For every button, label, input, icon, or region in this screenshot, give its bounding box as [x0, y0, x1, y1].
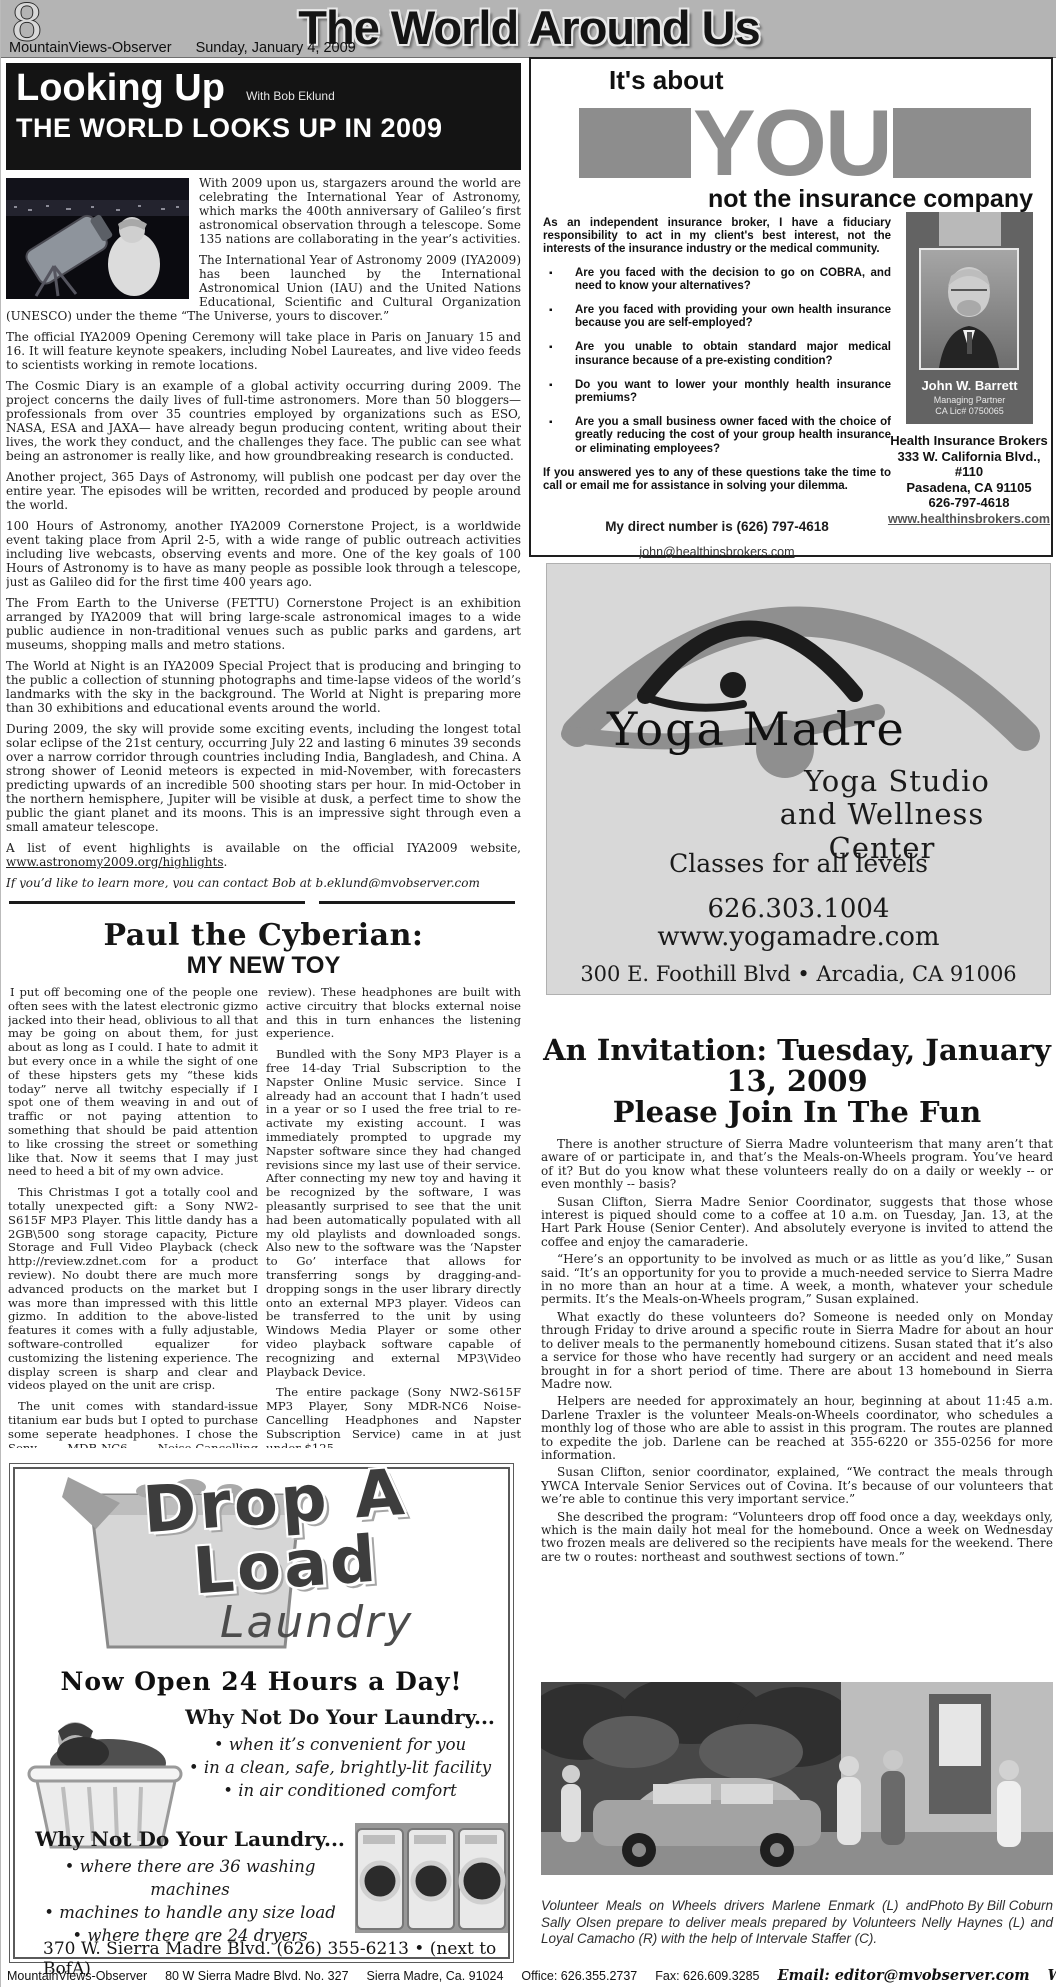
footer-email-link[interactable]: Email: editor@mvobserver.com	[778, 1967, 1030, 1984]
cyberian-column-2: review). These headphones are built with…	[266, 986, 521, 1448]
photo-credit: Photo By Bill Coburn	[928, 1898, 1053, 1915]
section-divider	[9, 901, 305, 904]
insurance-bullet: Are you faced with providing your own he…	[571, 304, 891, 330]
laundry-bullet: • machines to handle any size load	[25, 1901, 355, 1924]
footer-publication: MountainViews-Observer	[7, 1969, 147, 1983]
looking-up-masthead: Looking Up With Bob Eklund THE WORLD LOO…	[6, 63, 521, 170]
link-paragraph-suffix: .	[224, 855, 228, 869]
telescope-night-photo	[6, 178, 189, 299]
company-name: Health Insurance Brokers	[883, 433, 1055, 449]
laundry-ad: Drop A Load Laundry Now Open 24 Hours a …	[9, 1463, 514, 1963]
article-paragraph: What exactly do these volunteers do? Som…	[541, 1311, 1053, 1391]
newspaper-page: 8 The World Around Us MountainViews-Obse…	[0, 0, 1056, 1987]
gray-block-left	[579, 108, 691, 178]
insurance-bullet: Are you faced with the decision to go on…	[571, 267, 891, 293]
laundry-section-title: Why Not Do Your Laundry...	[175, 1705, 505, 1729]
gray-block-right	[893, 108, 1031, 178]
insurance-bullet: Are you a small business owner faced wit…	[571, 416, 891, 456]
footer-fax: Fax: 626.609.3285	[655, 1969, 759, 1983]
agent-title-license: Managing Partner CA Lic# 0750065	[906, 395, 1033, 417]
laundry-logo-word-3: Laundry	[220, 1597, 413, 1648]
agent-title: Managing Partner	[906, 395, 1033, 406]
insurance-you-banner: YOU	[579, 108, 1031, 178]
yoga-tagline: Classes for all levels	[547, 849, 1050, 878]
iya2009-website-link[interactable]: www.astronomy2009.org/highlights	[6, 855, 224, 869]
meals-photo-scene	[541, 1682, 1053, 1875]
washers-photo	[355, 1823, 508, 1933]
insurance-email-link[interactable]: john@healthinsbrokers.com	[543, 545, 891, 559]
company-address-2: Pasadena, CA 91105	[883, 480, 1055, 496]
article-paragraph: There is another structure of Sierra Mad…	[541, 1138, 1053, 1192]
invitation-title-line-1: An Invitation: Tuesday, January 13, 2009	[541, 1035, 1053, 1097]
agent-name: John W. Barrett	[906, 378, 1033, 393]
insurance-bullet-list: Are you faced with the decision to go on…	[543, 267, 891, 456]
publication-date: Sunday, January 4, 2009	[196, 40, 356, 56]
article-paragraph: The official IYA2009 Opening Ceremony wi…	[6, 330, 521, 372]
company-phone[interactable]: 626-797-4618	[883, 495, 1055, 511]
article-paragraph: Susan Clifton, senior coordinator, expla…	[541, 1466, 1053, 1506]
footer-office-phone: Office: 626.355.2737	[521, 1969, 637, 1983]
article-paragraph: 100 Hours of Astronomy, another IYA2009 …	[6, 519, 521, 589]
insurance-ad: It's about YOU not the insurance company…	[529, 57, 1053, 557]
insurance-direct-number: My direct number is (626) 797-4618	[543, 519, 891, 534]
contact-note: If you’d like to learn more, you can con…	[6, 876, 521, 888]
column-name: Looking Up	[16, 67, 225, 110]
article-paragraph: She described the program: “Volunteers d…	[541, 1511, 1053, 1565]
agent-card: John W. Barrett Managing Partner CA Lic#…	[906, 212, 1033, 424]
column-byline: With Bob Eklund	[246, 89, 335, 103]
yoga-phone[interactable]: 626.303.1004	[547, 894, 1050, 924]
section-divider	[319, 901, 515, 904]
laundry-bullet: • in a clean, safe, brightly-lit facilit…	[175, 1756, 505, 1779]
insurance-intro: As an independent insurance broker, I ha…	[543, 217, 891, 257]
article-paragraph: The World at Night is an IYA2009 Special…	[6, 659, 521, 715]
page-footer: MountainViews-Observer 80 W Sierra Madre…	[1, 1964, 1056, 1987]
article-paragraph: review). These headphones are built with…	[266, 986, 521, 1041]
yoga-address: 300 E. Foothill Blvd • Arcadia, CA 91006	[547, 962, 1050, 986]
page-header-band: 8 The World Around Us MountainViews-Obse…	[1, 0, 1056, 58]
laundry-section-1: Why Not Do Your Laundry... • when it’s c…	[175, 1705, 505, 1802]
cyberian-subtitle: MY NEW TOY	[6, 952, 521, 980]
article-paragraph: Helpers are needed for approximately an …	[541, 1395, 1053, 1462]
company-address-1: 333 W. California Blvd., #110	[883, 449, 1055, 480]
astronomer-photo	[6, 178, 189, 299]
article-paragraph: During 2009, the sky will provide some e…	[6, 722, 521, 834]
agent-portrait	[919, 248, 1019, 370]
insurance-company-block: Health Insurance Brokers 333 W. Californ…	[883, 433, 1055, 527]
agent-card-tab	[939, 212, 1001, 246]
article-paragraph: The From Earth to the Universe (FETTU) C…	[6, 596, 521, 652]
photo-caption: Photo By Bill Coburn Volunteer Meals on …	[541, 1898, 1053, 1948]
invitation-title-line-2: Please Join In The Fun	[541, 1097, 1053, 1128]
insurance-closing: If you answered yes to any of these ques…	[543, 467, 891, 493]
cyberian-title: Paul the Cyberian:	[6, 918, 521, 953]
article-headline: THE WORLD LOOKS UP IN 2009	[16, 113, 511, 144]
laundry-section-title: Why Not Do Your Laundry...	[25, 1827, 355, 1851]
footer-city: Sierra Madre, Ca. 91024	[367, 1969, 504, 1983]
meals-on-wheels-photo	[541, 1682, 1053, 1875]
article-paragraph: The unit comes with standard-issue titan…	[8, 1400, 258, 1448]
article-paragraph: The entire package (Sony NW2-S615F MP3 P…	[266, 1386, 521, 1448]
agent-portrait-photo	[921, 250, 1017, 368]
laundry-bullet: • where there are 36 washing machines	[25, 1855, 355, 1901]
article-paragraph: Susan Clifton, Sierra Madre Senior Coord…	[541, 1196, 1053, 1250]
link-paragraph-prefix: A list of event highlights is available …	[6, 841, 521, 855]
agent-license: CA Lic# 0750065	[906, 406, 1033, 417]
invitation-article: An Invitation: Tuesday, January 13, 2009…	[541, 1035, 1053, 1567]
laundry-ad-inner: Drop A Load Laundry Now Open 24 Hours a …	[13, 1467, 510, 1959]
article-paragraph: “Here’s an opportunity to be involved as…	[541, 1253, 1053, 1307]
article-paragraph: Another project, 365 Days of Astronomy, …	[6, 470, 521, 512]
publication-date-line: MountainViews-Observer Sunday, January 4…	[9, 40, 376, 56]
footer-website-link[interactable]: Website: www.mvobserver.com	[1048, 1967, 1056, 1984]
insurance-bullet: Are you unable to obtain standard major …	[571, 341, 891, 367]
insurance-tagline-bottom: not the insurance company	[708, 185, 1033, 214]
article-paragraph: This Christmas I got a totally cool and …	[8, 1186, 258, 1393]
looking-up-article: With 2009 upon us, stargazers around the…	[6, 176, 521, 888]
yoga-subtitle-1: Yoga Studio	[782, 764, 1012, 798]
contact-note-text: If you’d like to learn more, you can con…	[6, 876, 316, 888]
yoga-website[interactable]: www.yogamadre.com	[547, 922, 1050, 952]
insurance-tagline-big: YOU	[691, 108, 893, 178]
article-paragraph: The Cosmic Diary is an example of a glob…	[6, 379, 521, 463]
article-link-paragraph: A list of event highlights is available …	[6, 841, 521, 869]
company-website-link[interactable]: www.healthinsbrokers.com	[888, 512, 1050, 526]
insurance-body: As an independent insurance broker, I ha…	[543, 217, 891, 493]
publication-name: MountainViews-Observer	[9, 40, 172, 56]
yoga-studio-name: Yoga Madre	[607, 702, 906, 756]
footer-address: 80 W Sierra Madre Blvd. No. 327	[165, 1969, 348, 1983]
laundry-bullet: • in air conditioned comfort	[175, 1779, 505, 1802]
laundry-banner: Now Open 24 Hours a Day!	[15, 1667, 508, 1696]
yoga-ad: Yoga Madre Yoga Studio and Wellness Cent…	[546, 563, 1051, 995]
article-paragraph: Bundled with the Sony MP3 Player is a fr…	[266, 1048, 521, 1379]
laundry-bullet: • when it’s convenient for you	[175, 1733, 505, 1756]
insurance-bullet: Do you want to lower your monthly health…	[571, 379, 891, 405]
laundry-section-2: Why Not Do Your Laundry... • where there…	[25, 1827, 355, 1947]
article-paragraph: I put off becoming one of the people one…	[8, 986, 258, 1179]
cyberian-column-1: I put off becoming one of the people one…	[8, 986, 258, 1448]
bob-eklund-email-link[interactable]: b.eklund@mvobserver.com	[316, 876, 480, 888]
invitation-body: There is another structure of Sierra Mad…	[541, 1138, 1053, 1567]
